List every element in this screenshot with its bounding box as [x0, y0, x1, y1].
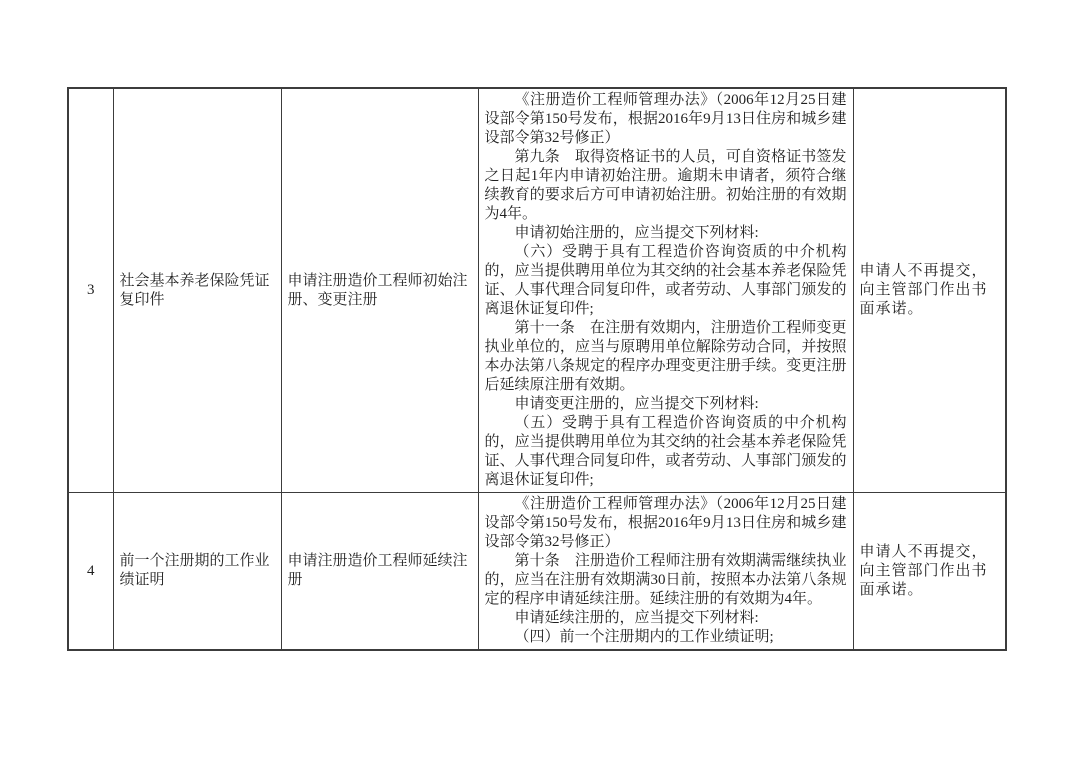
table-row: 3 社会基本养老保险凭证复印件 申请注册造价工程师初始注册、变更注册 《注册造价… [68, 88, 1006, 493]
basis-paragraph: （六）受聘于具有工程造价咨询资质的中介机构的，应当提供聘用单位为其交纳的社会基本… [485, 243, 847, 319]
basis-paragraph: （四）前一个注册期内的工作业绩证明; [485, 628, 847, 647]
apply-scenario-cell: 申请注册造价工程师延续注册 [281, 493, 478, 651]
basis-paragraph: 第十条 注册造价工程师注册有效期满需继续执业的，应当在注册有效期满30日前，按照… [485, 552, 847, 609]
basis-paragraph: 第十一条 在注册有效期内，注册造价工程师变更执业单位的，应当与原聘用单位解除劳动… [485, 319, 847, 395]
basis-paragraph: 第九条 取得资格证书的人员，可自资格证书签发之日起1年内申请初始注册。逾期未申请… [485, 148, 847, 224]
row-number-cell: 4 [68, 493, 113, 651]
basis-paragraph: 《注册造价工程师管理办法》（2006年12月25日建设部令第150号发布，根据2… [485, 495, 847, 552]
legal-basis-cell: 《注册造价工程师管理办法》（2006年12月25日建设部令第150号发布，根据2… [478, 88, 853, 493]
material-name-cell: 社会基本养老保险凭证复印件 [113, 88, 281, 493]
legal-basis-cell: 《注册造价工程师管理办法》（2006年12月25日建设部令第150号发布，根据2… [478, 493, 853, 651]
material-name-cell: 前一个注册期的工作业绩证明 [113, 493, 281, 651]
document-page: 3 社会基本养老保险凭证复印件 申请注册造价工程师初始注册、变更注册 《注册造价… [0, 0, 1080, 763]
basis-paragraph: 《注册造价工程师管理办法》（2006年12月25日建设部令第150号发布，根据2… [485, 91, 847, 148]
basis-paragraph: 申请延续注册的，应当提交下列材料: [485, 609, 847, 628]
row-number-cell: 3 [68, 88, 113, 493]
note-cell: 申请人不再提交，向主管部门作出书面承诺。 [853, 493, 1006, 651]
apply-scenario-cell: 申请注册造价工程师初始注册、变更注册 [281, 88, 478, 493]
note-cell: 申请人不再提交，向主管部门作出书面承诺。 [853, 88, 1006, 493]
basis-paragraph: 申请初始注册的，应当提交下列材料: [485, 224, 847, 243]
table-row: 4 前一个注册期的工作业绩证明 申请注册造价工程师延续注册 《注册造价工程师管理… [68, 493, 1006, 651]
basis-paragraph: 申请变更注册的，应当提交下列材料: [485, 395, 847, 414]
basis-paragraph: （五）受聘于具有工程造价咨询资质的中介机构的，应当提供聘用单位为其交纳的社会基本… [485, 414, 847, 490]
regulation-materials-table: 3 社会基本养老保险凭证复印件 申请注册造价工程师初始注册、变更注册 《注册造价… [67, 87, 1007, 651]
